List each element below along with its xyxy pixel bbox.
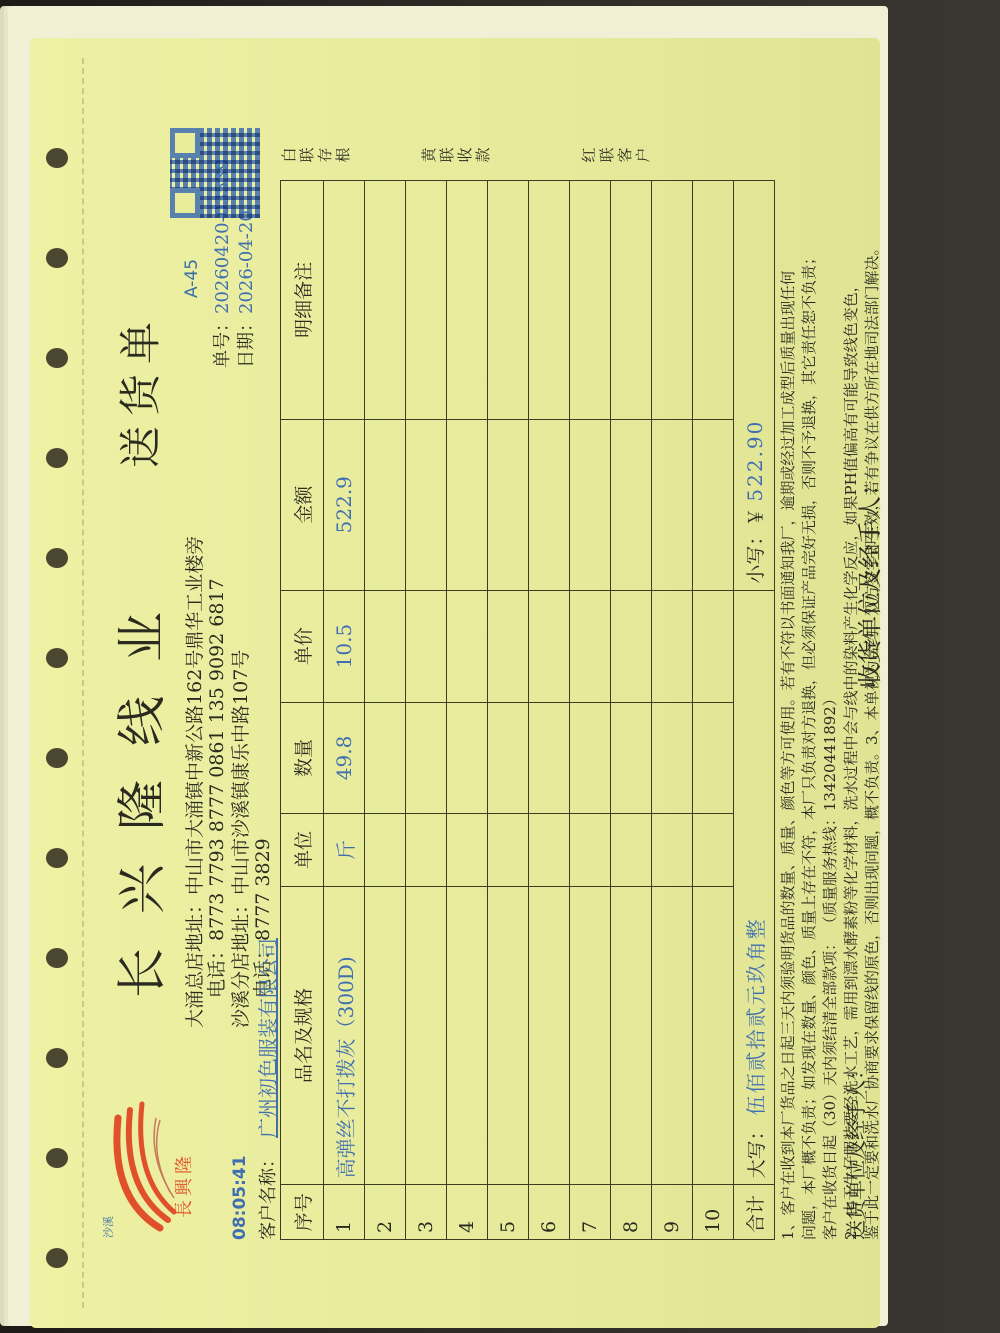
row-amount <box>570 419 611 590</box>
header-name: 品名及规格 <box>281 886 324 1185</box>
row-unit: 斤 <box>324 814 365 886</box>
table-row: 8 <box>611 181 652 1240</box>
perforation-hole <box>46 648 68 668</box>
row-note <box>365 181 406 420</box>
row-unit <box>570 814 611 886</box>
perforation-hole <box>46 548 68 568</box>
total-uppercase: 大写： 伍佰贰拾贰元玖角整 <box>734 590 775 1185</box>
perforation-hole <box>46 448 68 468</box>
row-amount <box>652 419 693 590</box>
row-unit <box>693 814 734 886</box>
row-no: 10 <box>693 1185 734 1240</box>
table-row: 10 <box>693 181 734 1240</box>
order-date-value: 2026-04-20 <box>236 210 257 314</box>
row-note <box>611 181 652 420</box>
perforation-hole <box>46 848 68 868</box>
row-unit <box>529 814 570 886</box>
perforation-hole <box>46 1148 68 1168</box>
row-no: 2 <box>365 1185 406 1240</box>
branch-phone-value: 8777 3829 <box>252 838 274 941</box>
row-price <box>693 590 734 702</box>
row-qty <box>529 702 570 814</box>
row-qty <box>693 702 734 814</box>
company-logo: 沙溪 長興隆 <box>100 1088 210 1238</box>
items-table: 序号 品名及规格 单位 数量 单价 金额 明细备注 1 高弹丝不打拨灰（300D… <box>280 180 775 1240</box>
row-note <box>488 181 529 420</box>
table-row: 6 <box>529 181 570 1240</box>
row-no: 8 <box>611 1185 652 1240</box>
row-amount <box>365 419 406 590</box>
row-no: 6 <box>529 1185 570 1240</box>
row-amount <box>611 419 652 590</box>
row-no: 5 <box>488 1185 529 1240</box>
row-price <box>447 590 488 702</box>
row-no: 9 <box>652 1185 693 1240</box>
total-lowercase: 小写：￥ 522.90 <box>734 181 775 591</box>
row-note <box>693 181 734 420</box>
row-amount <box>693 419 734 590</box>
terms-line: 客户在收货日起（30）天内须结清全部款项： （质量服务热线：1342044189… <box>820 120 841 1240</box>
row-name <box>652 886 693 1185</box>
receiver-signature: 收货单位及经手人： <box>850 472 885 688</box>
row-price <box>529 590 570 702</box>
row-qty <box>488 702 529 814</box>
row-note <box>406 181 447 420</box>
hq-phone-label: 电话： <box>206 941 228 998</box>
lowercase-label: 小写：￥ <box>745 508 767 584</box>
row-note <box>570 181 611 420</box>
row-unit <box>406 814 447 886</box>
row-no: 7 <box>570 1185 611 1240</box>
table-row: 9 <box>652 181 693 1240</box>
row-note <box>652 181 693 420</box>
hq-phone-value: 8773 7793 8777 0861 135 9092 6817 <box>206 578 228 941</box>
row-note <box>529 181 570 420</box>
sender-signature-label: 送货单位及经手人： <box>844 1060 868 1240</box>
header-price: 单价 <box>281 590 324 702</box>
row-unit <box>365 814 406 886</box>
table-row: 5 <box>488 181 529 1240</box>
row-price <box>652 590 693 702</box>
row-amount <box>529 419 570 590</box>
row-no: 4 <box>447 1185 488 1240</box>
header-unit: 单位 <box>281 814 324 886</box>
row-qty <box>406 702 447 814</box>
perforation-hole <box>46 148 68 168</box>
row-name <box>529 886 570 1185</box>
print-time: 08:05:41 <box>230 1155 250 1240</box>
terms-line: 问题，本厂概不负责；如发现在数量、颜色、质量上存在不符，本厂只负责对方退换，但必… <box>799 120 820 1240</box>
header-note: 明细备注 <box>281 181 324 420</box>
tear-line <box>82 58 84 1308</box>
row-qty <box>365 702 406 814</box>
perforation-hole <box>46 248 68 268</box>
row-name <box>693 886 734 1185</box>
copy-code: A-45 <box>182 259 202 298</box>
table-header-row: 序号 品名及规格 单位 数量 单价 金额 明细备注 <box>281 181 324 1240</box>
customer-label: 客户名称： <box>254 1150 280 1240</box>
row-qty <box>447 702 488 814</box>
row-unit <box>652 814 693 886</box>
delivery-note-rotated: 沙溪 長興隆 长兴隆线业 送货单 大涌总店地址：中山市大涌镇中新公路162号鼎华… <box>30 0 890 1328</box>
row-name <box>488 886 529 1185</box>
row-amount: 522.9 <box>324 419 365 590</box>
row-unit <box>488 814 529 886</box>
header-no: 序号 <box>281 1185 324 1240</box>
row-amount <box>447 419 488 590</box>
table-row: 2 <box>365 181 406 1240</box>
row-qty <box>652 702 693 814</box>
row-amount <box>488 419 529 590</box>
header-amount: 金额 <box>281 419 324 590</box>
total-label: 合计 <box>734 1185 775 1240</box>
perforation-hole <box>46 348 68 368</box>
terms-line: 1、客户在收到本厂货品之日起三天内须验明货品的数量、质量、颜色等方可使用。若有不… <box>778 120 799 1240</box>
row-amount <box>406 419 447 590</box>
row-note <box>447 181 488 420</box>
delivery-note: 沙溪 長興隆 长兴隆线业 送货单 大涌总店地址：中山市大涌镇中新公路162号鼎华… <box>30 38 880 1328</box>
perforation-hole <box>46 948 68 968</box>
row-name <box>570 886 611 1185</box>
customer-name: 广州初色服装有限公司 <box>252 938 281 1138</box>
receiver-signature-label: 收货单位及经手人： <box>856 472 884 688</box>
sender-signature: 送货单位及经手人： <box>840 1060 869 1240</box>
row-price <box>488 590 529 702</box>
table-row: 7 <box>570 181 611 1240</box>
company-name: 长兴隆线业 <box>102 578 174 998</box>
header-qty: 数量 <box>281 702 324 814</box>
perforation-hole <box>46 748 68 768</box>
row-unit <box>611 814 652 886</box>
copy-red: 红联客户 <box>580 146 652 164</box>
uppercase-label: 大写： <box>746 1121 768 1178</box>
table-row: 4 <box>447 181 488 1240</box>
row-name: 高弹丝不打拨灰（300D) <box>324 886 365 1185</box>
row-price <box>406 590 447 702</box>
row-price <box>611 590 652 702</box>
lowercase-value: 522.90 <box>743 420 767 502</box>
logo-small-text: 沙溪 <box>100 1216 116 1238</box>
order-date-label: 日期： <box>236 314 257 368</box>
order-date: 日期：2026-04-20 <box>232 210 258 368</box>
logo-text: 長興隆 <box>170 1152 196 1218</box>
hq-phone: 电话：8773 7793 8777 0861 135 9092 6817 <box>202 578 229 998</box>
row-no: 1 <box>324 1185 365 1240</box>
table-row: 3 <box>406 181 447 1240</box>
row-qty <box>570 702 611 814</box>
row-name <box>447 886 488 1185</box>
perforation-hole <box>46 1248 68 1268</box>
document-title: 送货单 <box>108 312 168 468</box>
table-row: 1 高弹丝不打拨灰（300D) 斤 49.8 10.5 522.9 <box>324 181 365 1240</box>
perforation-hole <box>46 1048 68 1068</box>
qr-code-icon <box>170 128 260 218</box>
uppercase-value: 伍佰贰拾贰元玖角整 <box>744 917 768 1115</box>
row-price: 10.5 <box>324 590 365 702</box>
row-price <box>570 590 611 702</box>
row-name <box>365 886 406 1185</box>
row-price <box>365 590 406 702</box>
total-row: 合计 大写： 伍佰贰拾贰元玖角整 小写：￥ 522.90 <box>734 181 775 1240</box>
row-qty: 49.8 <box>324 702 365 814</box>
order-number-label: 单号： <box>212 314 233 368</box>
row-qty <box>611 702 652 814</box>
row-no: 3 <box>406 1185 447 1240</box>
perforation-strip <box>38 38 78 1328</box>
row-note <box>324 181 365 420</box>
copy-yellow: 黄联收款 <box>420 146 492 164</box>
row-name <box>611 886 652 1185</box>
copy-white: 白联存根 <box>280 146 352 164</box>
row-name <box>406 886 447 1185</box>
row-unit <box>447 814 488 886</box>
